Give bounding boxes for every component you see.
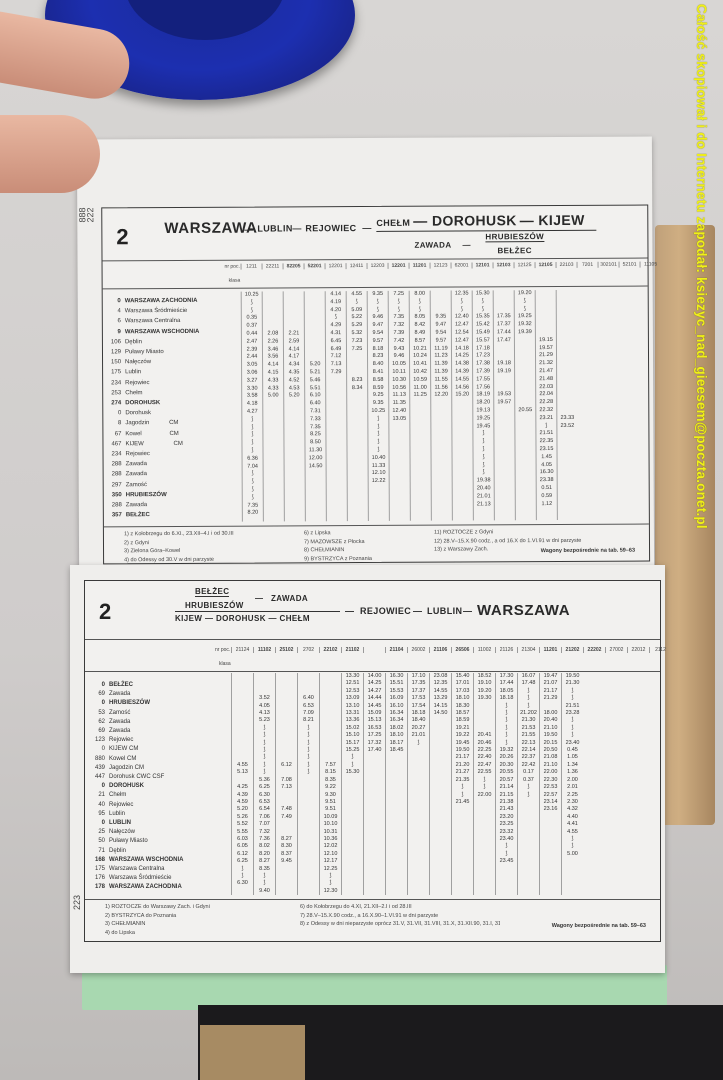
time-cell: 14.18 <box>452 345 472 353</box>
time-cell: ⟆ <box>254 732 275 739</box>
time-cell <box>276 725 297 732</box>
time-cell: 8.27 <box>276 836 297 843</box>
time-cell: 10.59 <box>410 376 430 384</box>
train-number: 27002 <box>605 647 627 653</box>
time-cell: 12.25 <box>320 866 341 873</box>
train-time-column: 13.3012.5112.5313.0913.1013.3113.3615.02… <box>341 673 363 895</box>
time-cell <box>320 688 341 695</box>
time-cell: 23.14 <box>540 799 561 806</box>
time-cell: 7.35 <box>389 314 409 322</box>
departure-time-columns: 10.25⟆⟆0.350.370.442.472.392.443.053.063… <box>241 290 578 522</box>
time-cell: 14.50 <box>430 710 451 717</box>
time-cell <box>536 321 556 329</box>
station-list: 0WARSZAWA ZACHODNIA 4Warszawa Śródmieści… <box>107 296 238 521</box>
time-cell: 19.38 <box>474 477 494 485</box>
train-time-column: 7.25⟆⟆7.357.327.397.429.439.4610.0510.11… <box>388 291 410 521</box>
time-cell: 9.46 <box>368 314 388 322</box>
footnote: 7) MAZOWSZE z Płocka <box>304 537 372 546</box>
route-dash: — <box>345 606 354 616</box>
time-cell: 19.47 <box>540 673 561 680</box>
time-cell: ⟆ <box>347 299 367 307</box>
time-cell <box>494 384 514 392</box>
through-carriages-note: Wagony bezpośrednie na tab. 59–63 <box>552 923 646 929</box>
time-cell: 9.30 <box>320 792 341 799</box>
time-cell <box>276 732 297 739</box>
time-cell: ⟆ <box>496 843 517 850</box>
time-cell: 12.51 <box>342 680 363 687</box>
time-cell: ⟆ <box>243 479 263 487</box>
time-cell <box>276 695 297 702</box>
time-cell: 12.00 <box>306 455 326 463</box>
time-cell: 7.35 <box>243 502 263 510</box>
time-cell <box>557 305 577 313</box>
time-cell: 22.47 <box>474 762 495 769</box>
time-cell: 17.44 <box>496 680 517 687</box>
time-cell: 18.45 <box>386 747 407 754</box>
time-cell <box>232 717 253 724</box>
time-cell <box>320 680 341 687</box>
time-cell: 19.57 <box>494 399 514 407</box>
time-cell: ⟆ <box>515 298 535 306</box>
train-number: 12105 <box>535 262 556 268</box>
train-number: 12125 <box>514 262 535 268</box>
time-cell <box>276 747 297 754</box>
time-cell: 21.29 <box>540 695 561 702</box>
time-cell: 4.25 <box>232 784 253 791</box>
time-cell: 12.30 <box>320 888 341 895</box>
time-cell: 21.20 <box>452 762 473 769</box>
time-cell: 19.22 <box>452 732 473 739</box>
time-cell <box>320 710 341 717</box>
train-number: 22012 <box>627 647 649 653</box>
station-row: 350HRUBIESZÓW <box>108 490 238 501</box>
time-cell: 8.42 <box>410 322 430 330</box>
time-cell: ⟆ <box>368 447 388 455</box>
time-cell: 21.51 <box>562 703 583 710</box>
time-cell <box>284 315 304 323</box>
time-cell: 13.29 <box>430 695 451 702</box>
station-row: 0BEŁŻEC <box>89 681 229 690</box>
time-cell <box>232 732 253 739</box>
time-cell: 9.35 <box>368 400 388 408</box>
time-cell: 4.31 <box>326 330 346 338</box>
train-number-header: 21124 11102 25102 2702 22102 21102 21104… <box>231 647 671 653</box>
time-cell: 1.45 <box>537 454 557 462</box>
hand-holding-book <box>0 20 130 195</box>
station-row: 53Zamość <box>89 709 229 718</box>
time-cell: 20.30 <box>496 762 517 769</box>
time-cell: 17.35 <box>408 680 429 687</box>
time-cell: 14.15 <box>430 703 451 710</box>
time-cell: 19.13 <box>473 407 493 415</box>
time-cell: 16.09 <box>386 695 407 702</box>
time-cell: 8.15 <box>320 769 341 776</box>
time-cell: ⟆ <box>254 769 275 776</box>
time-cell: 14.38 <box>452 361 472 369</box>
time-cell: 21.47 <box>536 368 556 376</box>
time-cell: ⟆ <box>243 471 263 479</box>
time-cell: 6.03 <box>232 836 253 843</box>
time-cell <box>474 703 495 710</box>
train-number: 25102 <box>275 647 297 653</box>
station-row: 253Chełm <box>107 388 237 399</box>
time-cell: 12.53 <box>342 688 363 695</box>
time-cell: 17.10 <box>408 673 429 680</box>
time-cell: 3.30 <box>242 385 262 393</box>
train-time-column: 6.12 7.087.13 7.487.49 8.278.308.379.45 <box>275 673 297 895</box>
time-cell <box>298 680 319 687</box>
time-cell: 17.40 <box>364 747 385 754</box>
train-number: 1211 <box>241 264 262 270</box>
time-cell: 7.33 <box>305 416 325 424</box>
train-number: 12123 <box>430 263 451 269</box>
time-cell: 21.15 <box>496 792 517 799</box>
train-time-column: 8.00⟆⟆8.058.428.498.5710.2110.2410.4110.… <box>409 291 431 521</box>
station-row: 21Chełm <box>89 791 229 800</box>
station-row: 274DOROHUSK <box>107 398 237 409</box>
route-dash: — <box>244 225 253 235</box>
time-cell <box>276 673 297 680</box>
time-cell: 7.36 <box>254 836 275 843</box>
time-cell: 17.37 <box>494 321 514 329</box>
time-cell: 23.32 <box>496 829 517 836</box>
time-cell: 6.40 <box>305 400 325 408</box>
time-cell: 2.59 <box>284 338 304 346</box>
time-cell: 16.53 <box>364 725 385 732</box>
time-cell <box>557 360 577 368</box>
time-cell: 5.26 <box>232 814 253 821</box>
time-cell: 9.46 <box>389 353 409 361</box>
time-cell: 23.40 <box>562 740 583 747</box>
time-cell <box>474 710 495 717</box>
time-cell: 23.15 <box>536 446 556 454</box>
time-cell: ⟆ <box>515 306 535 314</box>
timetable-frame: 2 BEŁŻEC — ZAWADA HRUBIESZÓW KIJEW — DOR… <box>84 580 661 942</box>
time-cell <box>298 688 319 695</box>
time-cell: 14.00 <box>364 673 385 680</box>
time-cell: 23.52 <box>557 422 577 430</box>
time-cell: 6.12 <box>276 762 297 769</box>
time-cell: 21.01 <box>474 493 494 501</box>
time-cell: 13.09 <box>342 695 363 702</box>
footnote: 2) BYSTRZYCA do Poznania <box>105 912 210 921</box>
time-cell: 12.40 <box>452 314 472 322</box>
station-row: 288Zawada <box>108 500 238 511</box>
route-destination: WARSZAWA <box>477 602 570 619</box>
train-number: 26506 <box>451 647 473 653</box>
station-kijew: KIJEW <box>175 614 202 623</box>
time-cell: ⟆ <box>242 299 262 307</box>
time-cell: 15.57 <box>473 337 493 345</box>
time-cell: 18.02 <box>386 725 407 732</box>
time-cell: 6.40 <box>298 695 319 702</box>
time-cell: 5.55 <box>232 829 253 836</box>
time-cell <box>305 322 325 330</box>
time-cell: 10.41 <box>410 361 430 369</box>
time-cell: 4.05 <box>537 462 557 470</box>
time-cell: 7.06 <box>254 814 275 821</box>
time-cell <box>431 298 451 306</box>
time-cell: 21.17 <box>540 688 561 695</box>
time-cell: 17.30 <box>496 673 517 680</box>
header-rule <box>103 286 648 290</box>
time-cell: 15.02 <box>342 725 363 732</box>
time-cell: 18.59 <box>452 717 473 724</box>
time-cell: ⟆ <box>298 754 319 761</box>
time-cell: 20.57 <box>496 777 517 784</box>
table-number: 2 <box>99 599 111 625</box>
time-cell <box>263 315 283 323</box>
time-cell: 5.20 <box>305 361 325 369</box>
time-cell <box>263 299 283 307</box>
time-cell: ⟆ <box>368 439 388 447</box>
time-cell: 2.21 <box>284 330 304 338</box>
train-time-column: 17.1017.3517.3717.5317.5418.1818.4020.27… <box>407 673 429 895</box>
time-cell <box>494 376 514 384</box>
time-cell: 3.56 <box>263 354 283 362</box>
time-cell: 0.37 <box>242 323 262 331</box>
time-cell <box>557 407 577 415</box>
station-row: 0LUBLIN <box>89 819 229 828</box>
train-number: 22202 <box>583 647 605 653</box>
time-cell: 22.13 <box>518 740 539 747</box>
table-top-rule <box>85 639 660 640</box>
time-cell: 21.10 <box>540 762 561 769</box>
time-cell <box>298 673 319 680</box>
time-cell: 3.52 <box>254 695 275 702</box>
time-cell: 18.52 <box>474 673 495 680</box>
time-cell: ⟆ <box>243 494 263 502</box>
train-number: 62001 <box>451 262 472 268</box>
time-cell <box>305 307 325 315</box>
time-cell: 12.47 <box>452 337 472 345</box>
time-cell <box>284 307 304 315</box>
time-cell <box>540 703 561 710</box>
station-row: 175Lublin <box>107 367 237 378</box>
train-time-column: 4.144.194.20⟆4.294.316.456.497.127.137.2… <box>325 291 347 521</box>
time-cell: 1.12 <box>537 501 557 509</box>
time-cell: 22.55 <box>474 769 495 776</box>
time-cell: ⟆ <box>410 298 430 306</box>
time-cell: 20.26 <box>496 754 517 761</box>
train-number: 52101 <box>619 262 640 268</box>
time-cell: 4.14 <box>284 346 304 354</box>
time-cell: ⟆ <box>368 306 388 314</box>
time-cell: 16.07 <box>518 673 539 680</box>
time-cell: 3.06 <box>242 370 262 378</box>
time-cell: 11.13 <box>389 392 409 400</box>
time-cell: 8.20 <box>243 510 263 518</box>
time-cell <box>232 688 253 695</box>
time-cell: 5.46 <box>305 377 325 385</box>
time-cell: 13.31 <box>342 710 363 717</box>
train-number: 12103 <box>493 262 514 268</box>
time-cell: 8.00 <box>410 291 430 299</box>
time-cell: 9.45 <box>276 858 297 865</box>
time-cell: ⟆ <box>473 446 493 454</box>
time-cell: 7.07 <box>254 821 275 828</box>
time-cell <box>276 829 297 836</box>
time-cell: 3.05 <box>242 362 262 370</box>
train-number: 12101 <box>472 262 493 268</box>
time-cell: 2.44 <box>242 354 262 362</box>
time-cell: 19.20 <box>474 688 495 695</box>
route-dash: — <box>520 212 539 228</box>
time-cell: 19.10 <box>474 680 495 687</box>
time-cell: 14.39 <box>452 368 472 376</box>
time-cell: ⟆ <box>518 792 539 799</box>
footnote: 3) CHEŁMIANIN <box>105 920 210 929</box>
time-cell: 20.40 <box>540 717 561 724</box>
time-cell: 21.32 <box>536 360 556 368</box>
time-cell: 18.20 <box>473 399 493 407</box>
time-cell <box>276 688 297 695</box>
time-cell: 7.48 <box>276 806 297 813</box>
time-cell <box>515 360 535 368</box>
time-cell: 4.40 <box>562 814 583 821</box>
time-cell: 22.32 <box>536 407 556 415</box>
route-dash: — <box>292 223 301 233</box>
time-cell <box>254 680 275 687</box>
time-cell: 10.36 <box>320 836 341 843</box>
time-cell: ⟆ <box>368 299 388 307</box>
time-cell: 22.04 <box>536 391 556 399</box>
station-chelm: CHEŁM <box>280 614 310 623</box>
station-row: 439Jagodzin CM <box>89 764 229 773</box>
time-cell: 2.39 <box>242 346 262 354</box>
time-cell: 4.18 <box>242 401 262 409</box>
time-cell: 0.37 <box>518 777 539 784</box>
route-via-lublin: LUBLIN <box>257 223 292 233</box>
time-cell: 14.55 <box>430 688 451 695</box>
time-cell <box>557 368 577 376</box>
station-row: 176Warszawa Śródmieście <box>89 874 229 883</box>
time-cell <box>263 291 283 299</box>
time-cell: 10.11 <box>389 369 409 377</box>
time-cell <box>494 290 514 298</box>
route-via-rejowiec: REJOWIEC <box>360 606 411 616</box>
station-row: 0Dorohusk <box>107 408 237 419</box>
time-cell: 7.31 <box>305 408 325 416</box>
time-cell <box>232 710 253 717</box>
time-cell: 7.42 <box>389 338 409 346</box>
time-cell: 8.57 <box>410 337 430 345</box>
time-cell: 4.19 <box>326 299 346 307</box>
time-cell: 13.05 <box>389 416 409 424</box>
time-cell <box>431 306 451 314</box>
time-cell: 17.03 <box>452 688 473 695</box>
time-cell: 6.25 <box>232 858 253 865</box>
time-cell: ⟆ <box>408 740 429 747</box>
time-cell: 2.01 <box>562 784 583 791</box>
time-cell: ⟆ <box>342 754 363 761</box>
time-cell: 4.13 <box>254 710 275 717</box>
time-cell: 8.02 <box>254 843 275 850</box>
time-cell: 8.37 <box>276 851 297 858</box>
time-cell: 7.25 <box>347 346 367 354</box>
time-cell: 21.10 <box>540 725 561 732</box>
station-row: 288Zawada <box>108 459 238 470</box>
station-row: 175Warszawa Centralna <box>89 865 229 874</box>
time-cell: 10.10 <box>320 821 341 828</box>
time-cell: ⟆ <box>473 306 493 314</box>
time-cell: 0.17 <box>518 769 539 776</box>
time-cell: 6.25 <box>254 784 275 791</box>
footnote: 4) do Odessy od 30.V w dni parzyste <box>124 555 234 564</box>
time-cell <box>320 717 341 724</box>
time-cell: 18.10 <box>386 732 407 739</box>
station-dorohusk: DOROHUSK <box>216 614 266 623</box>
station-row: 9WARSZAWA WSCHODNIA <box>107 326 237 337</box>
time-cell: 9.35 <box>368 291 388 299</box>
time-cell <box>347 353 367 361</box>
train-time-column: 23.0812.3514.5513.2914.1514.50 <box>429 673 451 895</box>
through-carriages-note: Wagony bezpośrednie na tab. 59–63 <box>541 548 635 554</box>
time-cell <box>320 740 341 747</box>
time-cell <box>284 323 304 331</box>
time-cell: 15.51 <box>386 680 407 687</box>
time-cell: ⟆ <box>473 298 493 306</box>
route-hrubieszow: HRUBIESZÓW <box>185 601 244 610</box>
time-cell: 13.30 <box>342 673 363 680</box>
time-cell: 11.33 <box>369 462 389 470</box>
train-number: 7201 <box>577 262 598 268</box>
time-cell: 9.43 <box>389 345 409 353</box>
time-cell: ⟆ <box>474 784 495 791</box>
time-cell: 20.46 <box>474 740 495 747</box>
time-cell <box>536 313 556 321</box>
time-cell: 21.45 <box>452 799 473 806</box>
time-cell <box>515 399 535 407</box>
time-cell: 5.20 <box>284 393 304 401</box>
time-cell: 0.44 <box>242 331 262 339</box>
time-cell: ⟆ <box>232 866 253 873</box>
time-cell: 17.56 <box>473 384 493 392</box>
time-cell: 19.25 <box>473 415 493 423</box>
route-dash: — <box>462 240 470 249</box>
time-cell: ⟆ <box>452 784 473 791</box>
time-cell: 21.13 <box>474 501 494 509</box>
time-cell: 22.25 <box>474 747 495 754</box>
time-cell <box>515 384 535 392</box>
time-cell: 15.17 <box>342 740 363 747</box>
time-cell <box>515 368 535 376</box>
time-cell: 5.23 <box>254 717 275 724</box>
time-cell: 10.42 <box>410 369 430 377</box>
footnote: 6) z Lipska <box>304 529 372 538</box>
station-row: 0DOROHUSK <box>89 782 229 791</box>
time-cell: 0.59 <box>537 493 557 501</box>
time-cell: 10.24 <box>410 353 430 361</box>
time-cell: 12.10 <box>320 851 341 858</box>
time-cell: 6.49 <box>326 346 346 354</box>
route-zawada: ZAWADA <box>414 241 451 250</box>
time-cell: 2.25 <box>562 792 583 799</box>
time-cell: 19.21 <box>452 725 473 732</box>
time-cell: 0.51 <box>537 485 557 493</box>
time-cell: 21.01 <box>408 732 429 739</box>
time-cell <box>276 703 297 710</box>
time-cell: ⟆ <box>298 732 319 739</box>
time-cell: 5.13 <box>232 769 253 776</box>
time-cell <box>536 306 556 314</box>
station-row: 6Warszawa Centralna <box>107 316 237 327</box>
time-cell: ⟆ <box>496 732 517 739</box>
time-cell: ⟆ <box>474 454 494 462</box>
train-number: 12201 <box>325 263 346 269</box>
footnote: 9) BYSTRZYCA z Poznania <box>304 554 372 563</box>
time-cell: 18.40 <box>408 717 429 724</box>
